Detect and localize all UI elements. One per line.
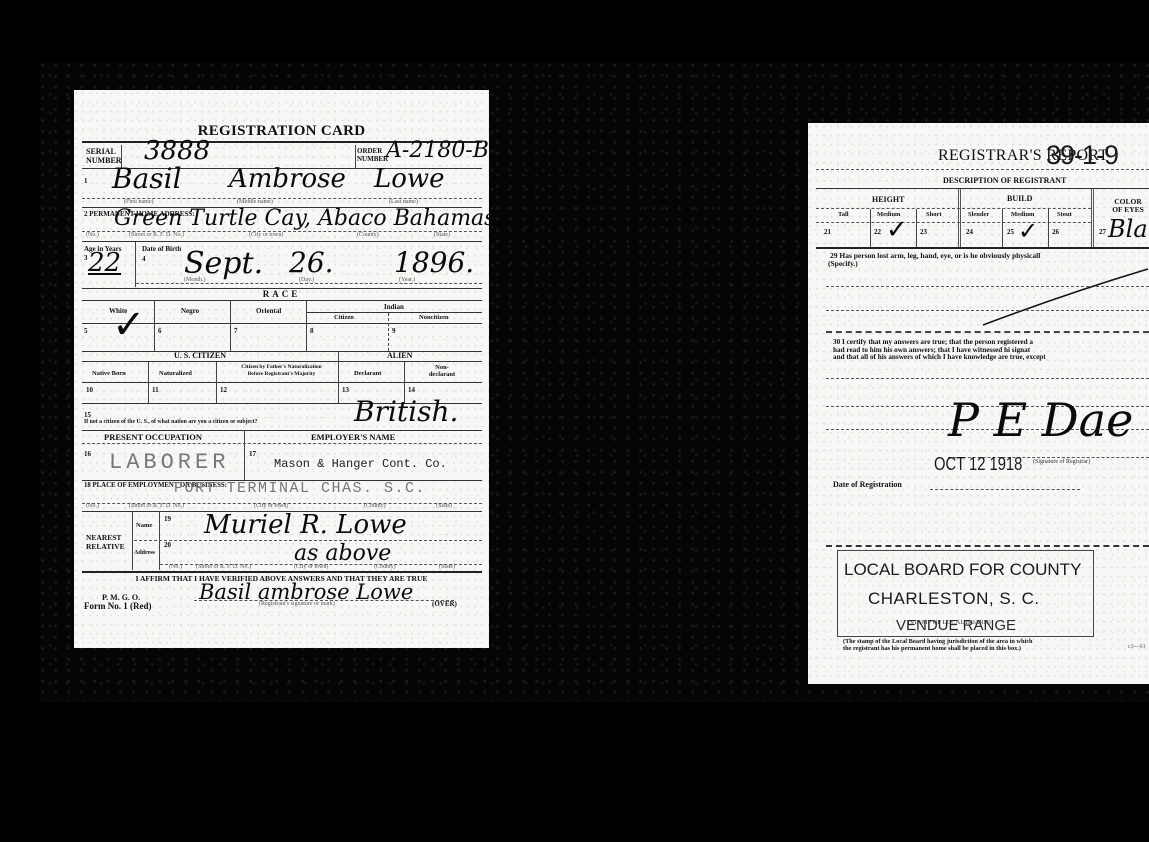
serial-label-line1: SERIAL — [86, 147, 122, 156]
employer-value: Mason & Hanger Cont. Co. — [274, 457, 447, 471]
stamp-number: 39-1-9 — [1046, 140, 1118, 171]
dob-month-caption: (Month.) — [184, 277, 206, 283]
nearest-relative-line2: RELATIVE — [86, 542, 125, 551]
physical-question: 29 Has person lost arm, leg, hand, eye, … — [830, 251, 1040, 260]
form-id-line2: Form No. 1 (Red) — [84, 601, 151, 611]
alien-heading: ALIEN — [387, 351, 412, 360]
height-heading: HEIGHT — [872, 195, 904, 204]
height-medium-checkmark: ✓ — [886, 215, 908, 245]
order-label-line1: ORDER — [357, 147, 388, 155]
divider — [826, 331, 1149, 333]
certification-line3: and that all of his answers of which I h… — [833, 354, 1046, 362]
order-label-line2: NUMBER — [357, 155, 388, 163]
non-declarant-line2: declarant — [412, 371, 472, 378]
race-oriental-label: Oriental — [256, 307, 281, 315]
divider — [388, 313, 389, 351]
employment-caption-city: (City or town) — [254, 503, 288, 509]
middle-name-value: Ambrose — [229, 164, 346, 194]
first-name-value: Basil — [112, 162, 182, 195]
race-indian-noncitizen-label: Noncitizen — [419, 314, 449, 321]
divider — [148, 362, 149, 403]
field-number: 24 — [966, 228, 973, 236]
field-number: 5 — [84, 327, 88, 335]
divider — [816, 208, 1091, 209]
field-number: 11 — [152, 386, 159, 394]
field-number: 13 — [342, 386, 349, 394]
field-number: 25 — [1007, 228, 1014, 236]
citizen-by-father-line1: Citizen by Father's Naturalization — [219, 364, 344, 371]
relative-caption-state: (State) — [439, 564, 455, 570]
stamp-line2: CHARLESTON, S. C. — [868, 589, 1040, 609]
employment-caption-street: (Street or R. F. D. No.) — [129, 503, 184, 509]
nationality-question: If not a citizen of the U. S., of what n… — [84, 419, 258, 425]
employment-place-value: PORT TERMINAL CHAS. S.C. — [174, 480, 426, 497]
divider — [355, 145, 356, 168]
stamp-line1: LOCAL BOARD FOR COUNTY — [844, 560, 1081, 580]
citizen-by-father-label: Citizen by Father's Naturalization Befor… — [219, 364, 344, 378]
address-caption-no: (No.) — [86, 232, 99, 238]
field-number: 9 — [392, 327, 396, 335]
dob-month-value: Sept. — [184, 246, 263, 281]
last-name-value: Lowe — [374, 164, 445, 194]
naturalized-label: Naturalized — [159, 370, 192, 377]
employment-caption-county: (County) — [364, 503, 386, 509]
divider — [135, 242, 136, 287]
race-negro-label: Negro — [181, 307, 199, 315]
stamp-note-line1: (The stamp of the Local Board having jur… — [843, 638, 1033, 645]
divider — [958, 189, 961, 249]
registrar-signature-caption: (Signature of Registrar) — [1033, 459, 1090, 465]
registrars-report: REGISTRAR'S REPORT 39-1-9 DESCRIPTION OF… — [808, 123, 1149, 684]
divider — [1091, 189, 1094, 249]
divider — [916, 209, 917, 249]
relative-address-label: Address — [134, 550, 155, 556]
divider — [136, 283, 482, 284]
description-heading: DESCRIPTION OF REGISTRANT — [943, 176, 1066, 185]
field-number: 8 — [310, 327, 314, 335]
race-white-checkmark: ✓ — [112, 302, 146, 348]
address-caption-street: (Street or R. F. D. No.) — [129, 232, 184, 238]
registration-date-label: Date of Registration — [833, 480, 902, 489]
field-number: 6 — [158, 327, 162, 335]
us-citizen-heading: U. S. CITIZEN — [174, 351, 226, 360]
over-label: (OVER) — [432, 600, 457, 608]
non-declarant-line1: Non- — [412, 364, 472, 371]
field-number: 12 — [220, 386, 227, 394]
last-name-caption: (Last name) — [389, 199, 418, 205]
divider — [82, 300, 482, 301]
eye-color-value: Bla — [1108, 215, 1148, 243]
divider — [159, 512, 160, 570]
divider — [82, 571, 482, 573]
field-number: 17 — [249, 450, 256, 458]
eye-color-line2: OF EYES — [1098, 206, 1149, 214]
edge-code: c3—61 — [1128, 644, 1146, 650]
employment-caption-state: (State) — [436, 503, 452, 509]
indian-label: Indian — [384, 303, 404, 311]
certification-text: 30 I certify that my answers are true; t… — [833, 339, 1046, 362]
field-number: 4 — [142, 255, 146, 263]
nearest-relative-label: NEAREST RELATIVE — [86, 533, 125, 551]
build-slender-label: Slender — [968, 211, 989, 218]
field-number: 3 — [84, 254, 88, 262]
divider — [82, 361, 482, 362]
divider — [82, 241, 482, 242]
order-number-label: ORDER NUMBER — [357, 147, 388, 163]
relative-caption-city: (City or town) — [294, 564, 328, 570]
build-heading: BUILD — [1007, 194, 1032, 203]
height-tall-label: Tall — [838, 211, 849, 218]
strike-line — [978, 263, 1149, 333]
dob-year-value: 1896. — [394, 246, 474, 279]
divider — [930, 489, 1080, 490]
field-number: 15 — [84, 411, 91, 419]
nationality-value: British. — [354, 395, 458, 428]
field-number: 26 — [1052, 228, 1059, 236]
divider — [82, 351, 482, 352]
field-number: 21 — [824, 228, 831, 236]
dob-label: Date of Birth — [142, 245, 181, 253]
first-name-caption: (First name) — [124, 199, 154, 205]
divider — [816, 169, 1149, 170]
address-caption-state: (State) — [434, 232, 450, 238]
eye-color-heading: COLOR OF EYES — [1098, 198, 1149, 214]
field-number: 27 — [1099, 228, 1106, 236]
middle-name-caption: (Middle name) — [237, 199, 273, 205]
divider — [816, 247, 1149, 249]
divider — [826, 378, 1149, 379]
divider — [82, 382, 482, 383]
non-declarant-label: Non- declarant — [412, 364, 472, 378]
employment-caption-no: (No.) — [86, 503, 99, 509]
address-caption-city: (City or town) — [249, 232, 283, 238]
field-number: 10 — [86, 386, 93, 394]
race-indian-citizen-label: Citizen — [334, 314, 354, 321]
divider — [82, 443, 482, 444]
declarant-label: Declarant — [354, 370, 381, 377]
divider — [1048, 209, 1049, 249]
occupation-heading: PRESENT OCCUPATION — [104, 432, 202, 442]
divider — [306, 312, 482, 313]
field-number: 1 — [84, 177, 88, 185]
field-number: 14 — [408, 386, 415, 394]
height-short-label: Short — [926, 211, 942, 218]
field-number: 23 — [920, 228, 927, 236]
divider — [1002, 209, 1003, 249]
physical-specify: (Specify.) — [828, 259, 858, 268]
registration-date-stamp: OCT 12 1918 — [934, 454, 1022, 475]
divider — [132, 512, 133, 570]
race-heading: RACE — [74, 289, 489, 299]
build-medium-checkmark: ✓ — [1018, 217, 1038, 245]
divider — [82, 430, 482, 431]
field-number: 16 — [84, 450, 91, 458]
field-number: 7 — [234, 327, 238, 335]
dob-day-caption: (Day.) — [299, 277, 314, 283]
relative-caption-county: (County) — [374, 564, 396, 570]
relative-caption-no: (No.) — [169, 564, 182, 570]
native-born-label: Native Born — [92, 370, 126, 377]
citizen-by-father-line2: Before Registrant's Majority — [219, 371, 344, 378]
divider — [816, 188, 1149, 189]
relative-address-value: as above — [294, 541, 391, 566]
home-address-value: Green Turtle Cay, Abaco Bahamas. — [114, 206, 489, 231]
address-caption-county: (County) — [357, 232, 379, 238]
divider — [154, 301, 155, 351]
stamp-note-line2: the registrant has his permanent home sh… — [843, 645, 1033, 652]
divider — [826, 545, 1149, 547]
registration-card-front: REGISTRATION CARD SERIAL NUMBER 3888 ORD… — [74, 90, 489, 648]
stamp-line3: VENDUE RANGE — [896, 617, 1016, 634]
employer-heading: EMPLOYER'S NAME — [311, 432, 395, 442]
divider — [816, 222, 1091, 223]
signature-caption: (Registrant's signature or mark) — [259, 601, 335, 607]
nearest-relative-line1: NEAREST — [86, 533, 125, 542]
dob-year-caption: (Year.) — [399, 277, 415, 283]
build-stout-label: Stout — [1057, 211, 1072, 218]
registrar-signature: P E Dae — [948, 393, 1133, 447]
order-number-value: A-2180-B. — [386, 138, 489, 163]
field-number: 22 — [874, 228, 881, 236]
divider — [216, 362, 217, 403]
divider — [870, 209, 871, 249]
relative-name-value: Muriel R. Lowe — [204, 510, 407, 540]
relative-name-label: Name — [136, 522, 152, 529]
field-number: 20 — [164, 541, 171, 549]
relative-caption-street: (Street or R. F. D. No.) — [196, 564, 251, 570]
divider — [306, 301, 307, 351]
field-number: 19 — [164, 515, 171, 523]
stamp-note: (The stamp of the Local Board having jur… — [843, 638, 1033, 652]
occupation-value: LABORER — [109, 450, 229, 475]
divider — [230, 301, 231, 351]
age-value: 22 — [88, 248, 121, 278]
dob-day-value: 26. — [289, 246, 334, 279]
divider — [244, 430, 245, 480]
